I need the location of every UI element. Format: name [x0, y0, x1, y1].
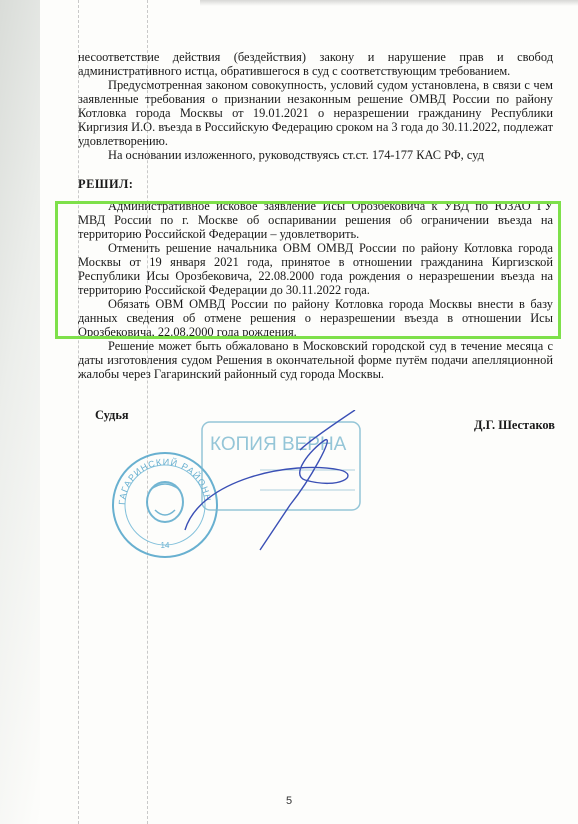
resolution-item: Отменить решение начальника ОВМ ОМВД Рос…	[78, 241, 553, 297]
page-edge-shadow	[0, 0, 40, 824]
document-body: несоответствие действия (бездействия) за…	[78, 50, 553, 381]
page-number: 5	[0, 795, 578, 807]
seal-and-stamp: ГАГАРИНСКИЙ РАЙОННЫЙ СУД Г. МОСКВЫ 14 КО…	[110, 410, 370, 560]
judge-name: Д.Г. Шестаков	[474, 418, 555, 433]
seal-text: ГАГАРИНСКИЙ РАЙОННЫЙ СУД Г. МОСКВЫ	[110, 410, 213, 505]
resolution-heading: РЕШИЛ:	[78, 177, 553, 191]
court-seal-icon: ГАГАРИНСКИЙ РАЙОННЫЙ СУД Г. МОСКВЫ 14	[110, 410, 217, 557]
appeal-paragraph: Решение может быть обжаловано в Московск…	[78, 339, 553, 381]
paragraph: несоответствие действия (бездействия) за…	[78, 50, 553, 78]
seal-number: 14	[161, 541, 170, 550]
resolution-item: Обязать ОВМ ОМВД России по району Котлов…	[78, 297, 553, 339]
resolution-block: Административное исковое заявление Исы О…	[78, 199, 553, 339]
copy-stamp-icon: КОПИЯ ВЕРНА	[202, 422, 360, 510]
paragraph: Предусмотренная законом совокупность, ус…	[78, 78, 553, 148]
page-top-curl	[200, 0, 578, 6]
svg-text:ГАГАРИНСКИЙ РАЙОННЫЙ СУД Г. МО: ГАГАРИНСКИЙ РАЙОННЫЙ СУД Г. МОСКВЫ	[110, 410, 213, 505]
paragraph: На основании изложенного, руководствуясь…	[78, 148, 553, 162]
resolution-item: Административное исковое заявление Исы О…	[78, 199, 553, 241]
